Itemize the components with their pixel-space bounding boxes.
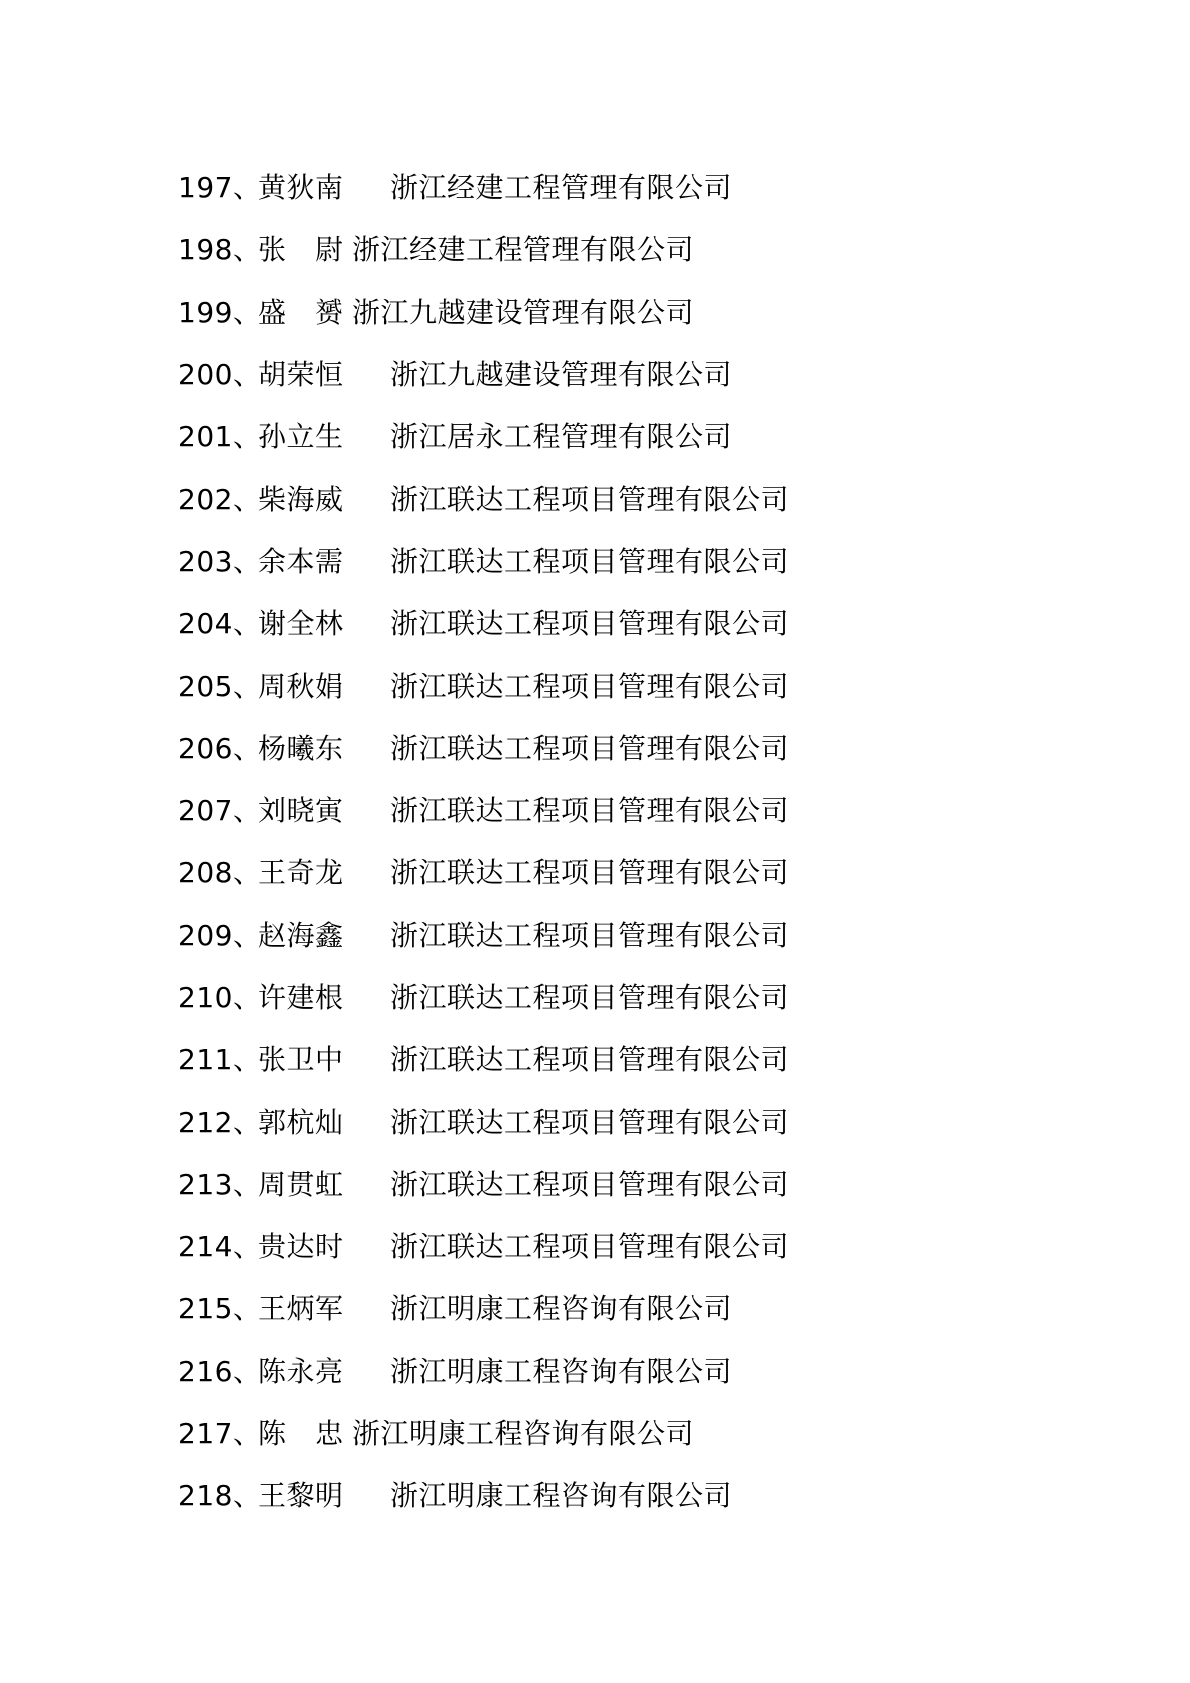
entry-name: 刘晓寅	[258, 797, 390, 825]
list-item: 208、 王奇龙 浙江联达工程项目管理有限公司	[178, 842, 789, 904]
entry-number: 197、	[178, 174, 258, 202]
entry-company: 浙江联达工程项目管理有限公司	[390, 1109, 789, 1137]
entry-company: 浙江居永工程管理有限公司	[390, 423, 732, 451]
entry-number: 202、	[178, 486, 258, 514]
entry-name: 孙立生	[258, 423, 390, 451]
list-item: 210、 许建根 浙江联达工程项目管理有限公司	[178, 967, 789, 1029]
entry-company: 浙江九越建设管理有限公司	[390, 361, 732, 389]
entry-number: 198、	[178, 236, 258, 264]
entry-company: 浙江联达工程项目管理有限公司	[390, 673, 789, 701]
entry-name: 陈 忠	[258, 1420, 352, 1448]
entry-company: 浙江明康工程咨询有限公司	[352, 1420, 694, 1448]
entry-name: 杨曦东	[258, 735, 390, 763]
entry-number: 210、	[178, 984, 258, 1012]
entry-number: 214、	[178, 1233, 258, 1261]
entry-company: 浙江联达工程项目管理有限公司	[390, 797, 789, 825]
list-item: 217、 陈 忠 浙江明康工程咨询有限公司	[178, 1403, 789, 1465]
entry-name: 谢全林	[258, 610, 390, 638]
list-item: 213、 周贯虹 浙江联达工程项目管理有限公司	[178, 1154, 789, 1216]
list-item: 216、 陈永亮 浙江明康工程咨询有限公司	[178, 1341, 789, 1403]
entry-name: 余本需	[258, 548, 390, 576]
entry-company: 浙江联达工程项目管理有限公司	[390, 548, 789, 576]
entry-number: 213、	[178, 1171, 258, 1199]
list-item: 207、 刘晓寅 浙江联达工程项目管理有限公司	[178, 780, 789, 842]
entry-name: 黄狄南	[258, 174, 390, 202]
document-page: 197、 黄狄南 浙江经建工程管理有限公司 198、 张 尉 浙江经建工程管理有…	[0, 0, 1190, 1683]
entry-company: 浙江联达工程项目管理有限公司	[390, 1233, 789, 1261]
entry-name: 王炳军	[258, 1295, 390, 1323]
entry-name: 柴海威	[258, 486, 390, 514]
list-item: 200、 胡荣恒 浙江九越建设管理有限公司	[178, 344, 789, 406]
entry-company: 浙江联达工程项目管理有限公司	[390, 610, 789, 638]
entry-name: 周贯虹	[258, 1171, 390, 1199]
entry-name: 赵海鑫	[258, 922, 390, 950]
entry-name: 盛 赟	[258, 299, 352, 327]
entry-company: 浙江明康工程咨询有限公司	[390, 1358, 732, 1386]
entry-company: 浙江联达工程项目管理有限公司	[390, 735, 789, 763]
entry-company: 浙江明康工程咨询有限公司	[390, 1482, 732, 1510]
entry-company: 浙江九越建设管理有限公司	[352, 299, 694, 327]
entry-name: 陈永亮	[258, 1358, 390, 1386]
list-item: 215、 王炳军 浙江明康工程咨询有限公司	[178, 1278, 789, 1340]
entry-number: 212、	[178, 1109, 258, 1137]
list-item: 206、 杨曦东 浙江联达工程项目管理有限公司	[178, 718, 789, 780]
entry-company: 浙江明康工程咨询有限公司	[390, 1295, 732, 1323]
entry-number: 218、	[178, 1482, 258, 1510]
list-item: 211、 张卫中 浙江联达工程项目管理有限公司	[178, 1029, 789, 1091]
entry-company: 浙江联达工程项目管理有限公司	[390, 1046, 789, 1074]
name-company-list: 197、 黄狄南 浙江经建工程管理有限公司 198、 张 尉 浙江经建工程管理有…	[178, 157, 789, 1528]
entry-company: 浙江联达工程项目管理有限公司	[390, 859, 789, 887]
entry-name: 许建根	[258, 984, 390, 1012]
entry-name: 胡荣恒	[258, 361, 390, 389]
entry-number: 208、	[178, 859, 258, 887]
entry-number: 204、	[178, 610, 258, 638]
entry-number: 205、	[178, 673, 258, 701]
entry-company: 浙江联达工程项目管理有限公司	[390, 1171, 789, 1199]
entry-number: 215、	[178, 1295, 258, 1323]
entry-number: 216、	[178, 1358, 258, 1386]
list-item: 197、 黄狄南 浙江经建工程管理有限公司	[178, 157, 789, 219]
entry-name: 贵达时	[258, 1233, 390, 1261]
entry-name: 张卫中	[258, 1046, 390, 1074]
entry-number: 206、	[178, 735, 258, 763]
list-item: 199、 盛 赟 浙江九越建设管理有限公司	[178, 282, 789, 344]
entry-number: 199、	[178, 299, 258, 327]
entry-number: 207、	[178, 797, 258, 825]
list-item: 214、 贵达时 浙江联达工程项目管理有限公司	[178, 1216, 789, 1278]
list-item: 218、 王黎明 浙江明康工程咨询有限公司	[178, 1465, 789, 1527]
entry-company: 浙江经建工程管理有限公司	[352, 236, 694, 264]
list-item: 203、 余本需 浙江联达工程项目管理有限公司	[178, 531, 789, 593]
entry-number: 200、	[178, 361, 258, 389]
entry-number: 211、	[178, 1046, 258, 1074]
entry-name: 王奇龙	[258, 859, 390, 887]
list-item: 204、 谢全林 浙江联达工程项目管理有限公司	[178, 593, 789, 655]
list-item: 198、 张 尉 浙江经建工程管理有限公司	[178, 219, 789, 281]
entry-number: 203、	[178, 548, 258, 576]
list-item: 209、 赵海鑫 浙江联达工程项目管理有限公司	[178, 905, 789, 967]
list-item: 212、 郭杭灿 浙江联达工程项目管理有限公司	[178, 1091, 789, 1153]
entry-name: 张 尉	[258, 236, 352, 264]
entry-name: 郭杭灿	[258, 1109, 390, 1137]
entry-number: 209、	[178, 922, 258, 950]
entry-company: 浙江联达工程项目管理有限公司	[390, 984, 789, 1012]
entry-number: 201、	[178, 423, 258, 451]
list-item: 201、 孙立生 浙江居永工程管理有限公司	[178, 406, 789, 468]
entry-company: 浙江联达工程项目管理有限公司	[390, 486, 789, 514]
entry-name: 周秋娟	[258, 673, 390, 701]
list-item: 202、 柴海威 浙江联达工程项目管理有限公司	[178, 468, 789, 530]
entry-name: 王黎明	[258, 1482, 390, 1510]
entry-company: 浙江联达工程项目管理有限公司	[390, 922, 789, 950]
entry-company: 浙江经建工程管理有限公司	[390, 174, 732, 202]
entry-number: 217、	[178, 1420, 258, 1448]
list-item: 205、 周秋娟 浙江联达工程项目管理有限公司	[178, 655, 789, 717]
